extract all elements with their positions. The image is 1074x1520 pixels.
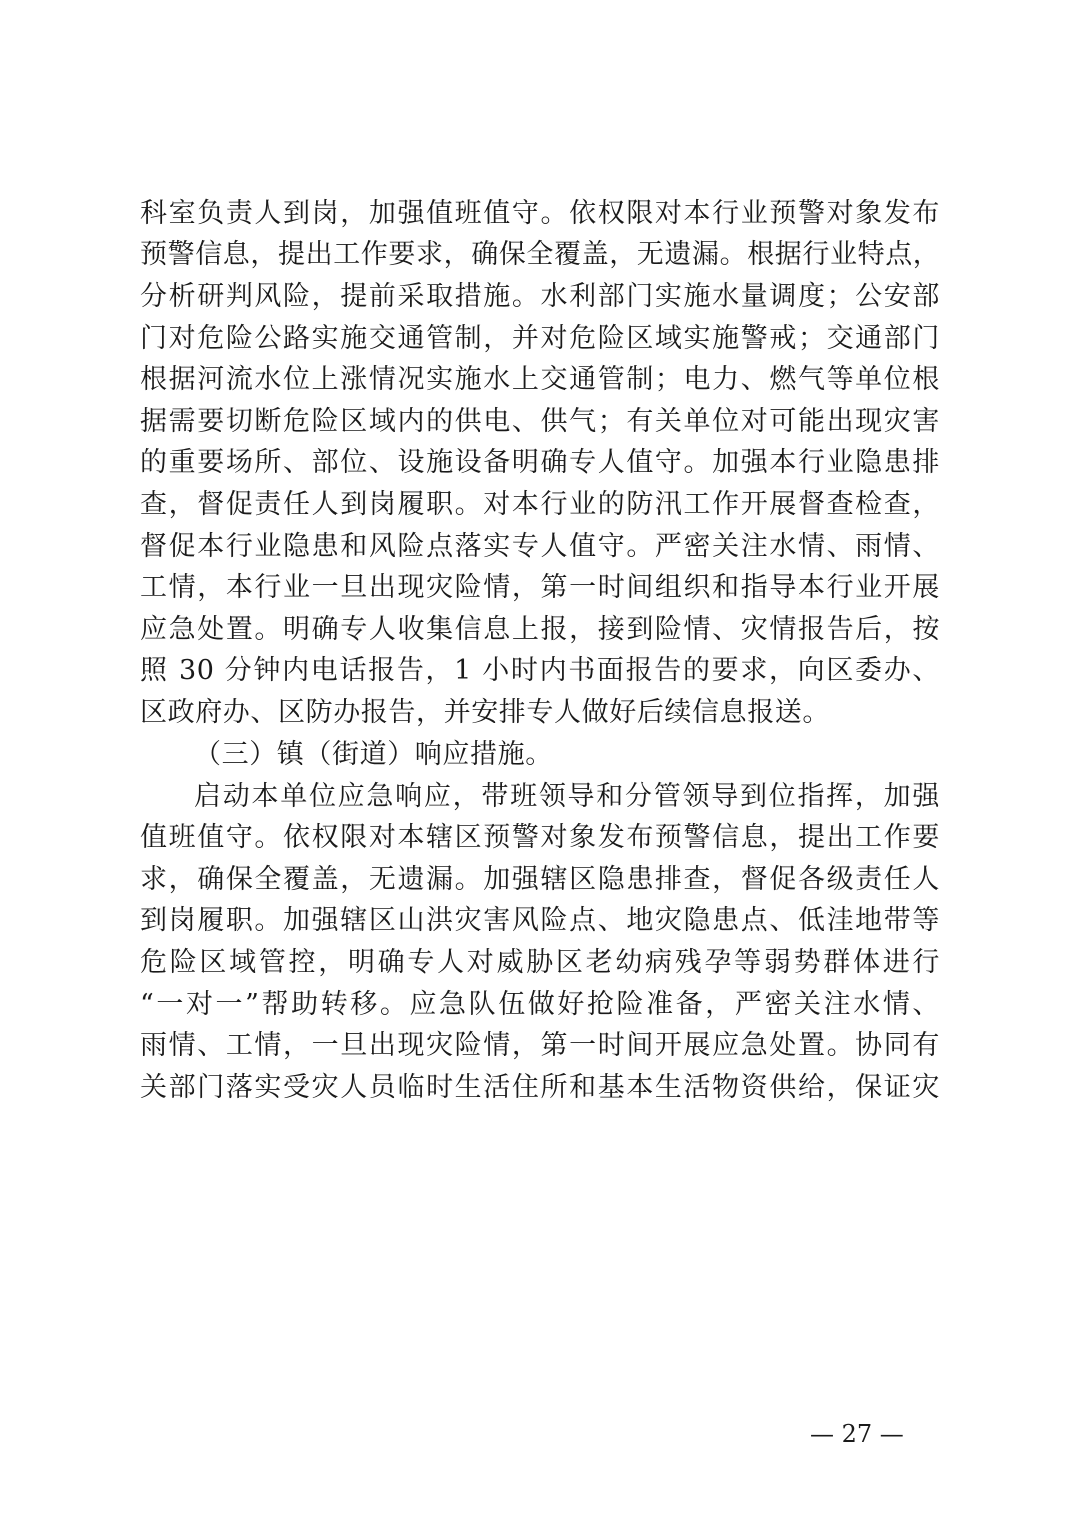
text-line: 科室负责人到岗，加强值班值守。依权限对本行业预警对象发布 — [140, 194, 940, 234]
text-line: 值班值守。依权限对本辖区预警对象发布预警信息，提出工作要 — [140, 818, 940, 858]
text-line: 应急处置。明确专人收集信息上报，接到险情、灾情报告后，按 — [140, 610, 940, 650]
text-line: 启动本单位应急响应，带班领导和分管领导到位指挥，加强 — [194, 777, 940, 817]
document-page: 科室负责人到岗，加强值班值守。依权限对本行业预警对象发布 预警信息，提出工作要求… — [0, 0, 1074, 1520]
text-line: 分析研判风险，提前采取措施。水利部门实施水量调度；公安部 — [140, 277, 940, 317]
text-line: 危险区域管控，明确专人对威胁区老幼病残孕等弱势群体进行 — [140, 943, 940, 983]
page-number: — 27 — — [810, 1420, 904, 1448]
section-heading: （三）镇（街道）响应措施。 — [194, 735, 940, 775]
text-line: 预警信息，提出工作要求，确保全覆盖，无遗漏。根据行业特点， — [140, 235, 940, 275]
text-line: 照 30 分钟内电话报告，1 小时内书面报告的要求，向区委办、 — [140, 651, 940, 691]
text-line: 的重要场所、部位、设施设备明确专人值守。加强本行业隐患排 — [140, 443, 940, 483]
text-line: 据需要切断危险区域内的供电、供气；有关单位对可能出现灾害 — [140, 402, 940, 442]
text-line: 到岗履职。加强辖区山洪灾害风险点、地灾隐患点、低洼地带等 — [140, 901, 940, 941]
text-line: 查，督促责任人到岗履职。对本行业的防汛工作开展督查检查， — [140, 485, 940, 525]
text-line: 门对危险公路实施交通管制，并对危险区域实施警戒；交通部门 — [140, 319, 940, 359]
text-line: 工情，本行业一旦出现灾险情，第一时间组织和指导本行业开展 — [140, 568, 940, 608]
text-line: “一对一”帮助转移。应急队伍做好抢险准备，严密关注水情、 — [140, 985, 940, 1025]
text-line: 区政府办、区防办报告，并安排专人做好后续信息报送。 — [140, 693, 940, 733]
text-line: 关部门落实受灾人员临时生活住所和基本生活物资供给，保证灾 — [140, 1068, 940, 1108]
text-line: 雨情、工情，一旦出现灾险情，第一时间开展应急处置。协同有 — [140, 1026, 940, 1066]
text-line: 求，确保全覆盖，无遗漏。加强辖区隐患排查，督促各级责任人 — [140, 860, 940, 900]
text-line: 督促本行业隐患和风险点落实专人值守。严密关注水情、雨情、 — [140, 527, 940, 567]
text-line: 根据河流水位上涨情况实施水上交通管制；电力、燃气等单位根 — [140, 360, 940, 400]
